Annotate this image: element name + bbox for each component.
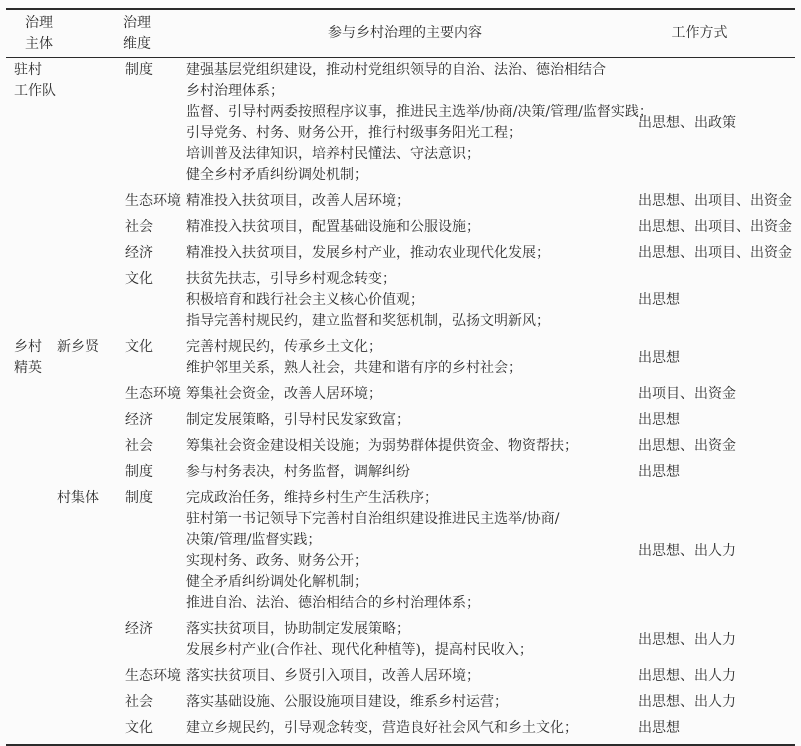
method-text: 出思想、出人力 bbox=[638, 692, 736, 713]
content-cell: 精准投入扶贫项目，改善人居环境； bbox=[186, 191, 638, 212]
method-text: 出思想、出项目、出资金 bbox=[638, 243, 792, 264]
content-line: 驻村第一书记领导下完善村自治组织建设推进民主选举/协商/ bbox=[186, 509, 638, 530]
content-line: 监督、引导村两委按照程序议事，推进民主选举/协商/决策/管理/监督实践； bbox=[186, 102, 638, 123]
content-line: 实现村务、政务、财务公开； bbox=[186, 551, 638, 572]
content-line: 精准投入扶贫项目，改善人居环境； bbox=[186, 191, 638, 212]
method-cell: 出思想 bbox=[638, 410, 795, 431]
content-line: 培训普及法律知识，培养村民懂法、守法意识； bbox=[186, 144, 638, 165]
content-line: 积极培育和践行社会主义核心价值观； bbox=[186, 290, 638, 311]
governance-table: 治理 主体 治理 维度 参与乡村治理的主要内容 工作方式 驻村 工作队 制度 建… bbox=[0, 0, 801, 746]
subject-cell: 村集体 bbox=[57, 488, 125, 509]
content-line: 落实基础设施、公服设施项目建设，维系乡村运营； bbox=[186, 692, 638, 713]
content-line: 乡村治理体系； bbox=[186, 81, 638, 102]
method-cell: 出思想、出项目、出资金 bbox=[638, 191, 795, 212]
header-governance-dimension: 治理 维度 bbox=[72, 13, 202, 55]
table-row: 生态环境 落实扶贫项目、乡贤引入项目，改善人居环境； 出思想、出人力 bbox=[6, 666, 795, 687]
method-text: 出思想、出人力 bbox=[638, 666, 736, 687]
method-text: 出思想、出政策 bbox=[638, 113, 736, 134]
content-line: 建立乡规民约，引导观念转变，营造良好社会风气和乡土文化； bbox=[186, 718, 638, 739]
method-cell: 出思想、出人力 bbox=[638, 619, 795, 661]
content-cell: 参与村务表决，村务监督，调解纠纷 bbox=[186, 462, 638, 483]
dimension-cell: 生态环境 bbox=[125, 384, 186, 405]
table-header-row: 治理 主体 治理 维度 参与乡村治理的主要内容 工作方式 bbox=[6, 10, 795, 57]
subject-group-cell: 乡村 精英 bbox=[6, 337, 57, 379]
dimension-cell: 文化 bbox=[125, 718, 186, 739]
content-line: 决策/管理/监督实践； bbox=[186, 530, 638, 551]
method-text: 出思想 bbox=[638, 410, 680, 431]
content-line: 指导完善村规民约，建立监督和奖惩机制，弘扬文明新风； bbox=[186, 311, 638, 332]
content-cell: 制定发展策略，引导村民发家致富； bbox=[186, 410, 638, 431]
method-text: 出思想 bbox=[638, 718, 680, 739]
content-line: 推进自治、法治、德治相结合的乡村治理体系； bbox=[186, 593, 638, 614]
method-cell: 出思想、出人力 bbox=[638, 692, 795, 713]
header-work-method: 工作方式 bbox=[638, 23, 795, 44]
content-cell: 筹集社会资金，改善人居环境； bbox=[186, 384, 638, 405]
subject-cell: 新乡贤 bbox=[57, 337, 125, 358]
method-cell: 出思想、出人力 bbox=[638, 488, 795, 614]
content-cell: 精准投入扶贫项目，发展乡村产业，推动农业现代化发展； bbox=[186, 243, 638, 264]
content-line: 筹集社会资金，改善人居环境； bbox=[186, 384, 638, 405]
dimension-cell: 文化 bbox=[125, 337, 186, 358]
dimension-cell: 制度 bbox=[125, 462, 186, 483]
table-body: 驻村 工作队 制度 建强基层党组织建设，推动村党组织领导的自治、法治、德治相结合… bbox=[6, 58, 795, 739]
method-cell: 出思想 bbox=[638, 269, 795, 332]
method-text: 出思想、出人力 bbox=[638, 541, 736, 562]
method-cell: 出思想、出政策 bbox=[638, 60, 795, 186]
method-text: 出思想、出资金 bbox=[638, 436, 736, 457]
content-cell: 完成政治任务，维持乡村生产生活秩序； 驻村第一书记领导下完善村自治组织建设推进民… bbox=[186, 488, 638, 614]
content-cell: 建立乡规民约，引导观念转变，营造良好社会风气和乡土文化； bbox=[186, 718, 638, 739]
content-cell: 建强基层党组织建设，推动村党组织领导的自治、法治、德治相结合 乡村治理体系； 监… bbox=[186, 60, 638, 186]
paper-table-page: 治理 主体 治理 维度 参与乡村治理的主要内容 工作方式 驻村 工作队 制度 建… bbox=[0, 0, 801, 746]
method-cell: 出思想 bbox=[638, 718, 795, 739]
content-cell: 落实扶贫项目、乡贤引入项目，改善人居环境； bbox=[186, 666, 638, 687]
content-line: 制定发展策略，引导村民发家致富； bbox=[186, 410, 638, 431]
content-cell: 落实扶贫项目，协助制定发展策略； 发展乡村产业(合作社、现代化种植等)，提高村民… bbox=[186, 619, 638, 661]
content-line: 维护邻里关系，熟人社会，共建和谐有序的乡村社会； bbox=[186, 358, 638, 379]
dimension-cell: 经济 bbox=[125, 410, 186, 431]
table-row: 制度 参与村务表决，村务监督，调解纠纷 出思想 bbox=[6, 462, 795, 483]
content-line: 落实扶贫项目、乡贤引入项目，改善人居环境； bbox=[186, 666, 638, 687]
content-line: 参与村务表决，村务监督，调解纠纷 bbox=[186, 462, 638, 483]
content-line: 落实扶贫项目，协助制定发展策略； bbox=[186, 619, 638, 640]
table-row: 经济 落实扶贫项目，协助制定发展策略； 发展乡村产业(合作社、现代化种植等)，提… bbox=[6, 619, 795, 661]
method-text: 出思想 bbox=[638, 462, 680, 483]
table-row: 社会 精准投入扶贫项目，配置基础设施和公服设施； 出思想、出项目、出资金 bbox=[6, 217, 795, 238]
method-text: 出思想 bbox=[638, 290, 680, 311]
method-cell: 出思想 bbox=[638, 462, 795, 483]
table-row: 社会 落实基础设施、公服设施项目建设，维系乡村运营； 出思想、出人力 bbox=[6, 692, 795, 713]
method-text: 出项目、出资金 bbox=[638, 384, 736, 405]
content-line: 完善村规民约，传承乡土文化； bbox=[186, 337, 638, 358]
content-cell: 完善村规民约，传承乡土文化； 维护邻里关系，熟人社会，共建和谐有序的乡村社会； bbox=[186, 337, 638, 379]
method-text: 出思想、出项目、出资金 bbox=[638, 217, 792, 238]
method-text: 出思想、出人力 bbox=[638, 630, 736, 651]
method-cell: 出思想 bbox=[638, 337, 795, 379]
header-main-content: 参与乡村治理的主要内容 bbox=[202, 23, 638, 44]
content-line: 完成政治任务，维持乡村生产生活秩序； bbox=[186, 488, 638, 509]
content-line: 发展乡村产业(合作社、现代化种植等)，提高村民收入； bbox=[186, 640, 638, 661]
table-row: 生态环境 筹集社会资金，改善人居环境； 出项目、出资金 bbox=[6, 384, 795, 405]
content-cell: 扶贫先扶志，引导乡村观念转变； 积极培育和践行社会主义核心价值观； 指导完善村规… bbox=[186, 269, 638, 332]
method-cell: 出思想、出人力 bbox=[638, 666, 795, 687]
subject-group-cell: 驻村 工作队 bbox=[6, 60, 57, 102]
table-row: 乡村 精英 新乡贤 文化 完善村规民约，传承乡土文化； 维护邻里关系，熟人社会，… bbox=[6, 337, 795, 379]
dimension-cell: 社会 bbox=[125, 436, 186, 457]
content-line: 精准投入扶贫项目，配置基础设施和公服设施； bbox=[186, 217, 638, 238]
table-row: 驻村 工作队 制度 建强基层党组织建设，推动村党组织领导的自治、法治、德治相结合… bbox=[6, 60, 795, 186]
content-line: 扶贫先扶志，引导乡村观念转变； bbox=[186, 269, 638, 290]
dimension-cell: 社会 bbox=[125, 217, 186, 238]
method-cell: 出思想、出资金 bbox=[638, 436, 795, 457]
method-text: 出思想 bbox=[638, 348, 680, 369]
dimension-cell: 文化 bbox=[125, 269, 186, 290]
content-line: 引导党务、村务、财务公开，推行村级事务阳光工程； bbox=[186, 123, 638, 144]
content-line: 健全乡村矛盾纠纷调处机制； bbox=[186, 165, 638, 186]
method-text: 出思想、出项目、出资金 bbox=[638, 191, 792, 212]
content-line: 健全矛盾纠纷调处化解机制； bbox=[186, 572, 638, 593]
dimension-cell: 生态环境 bbox=[125, 666, 186, 687]
content-line: 建强基层党组织建设，推动村党组织领导的自治、法治、德治相结合 bbox=[186, 60, 638, 81]
method-cell: 出思想、出项目、出资金 bbox=[638, 243, 795, 264]
dimension-cell: 生态环境 bbox=[125, 191, 186, 212]
dimension-cell: 制度 bbox=[125, 488, 186, 509]
table-row: 文化 建立乡规民约，引导观念转变，营造良好社会风气和乡土文化； 出思想 bbox=[6, 718, 795, 739]
table-row: 文化 扶贫先扶志，引导乡村观念转变； 积极培育和践行社会主义核心价值观； 指导完… bbox=[6, 269, 795, 332]
table-row: 经济 制定发展策略，引导村民发家致富； 出思想 bbox=[6, 410, 795, 431]
dimension-cell: 制度 bbox=[125, 60, 186, 81]
method-cell: 出思想、出项目、出资金 bbox=[638, 217, 795, 238]
content-line: 筹集社会资金建设相关设施；为弱势群体提供资金、物资帮扶； bbox=[186, 436, 638, 457]
method-cell: 出项目、出资金 bbox=[638, 384, 795, 405]
dimension-cell: 经济 bbox=[125, 619, 186, 640]
dimension-cell: 经济 bbox=[125, 243, 186, 264]
content-line: 精准投入扶贫项目，发展乡村产业，推动农业现代化发展； bbox=[186, 243, 638, 264]
table-row: 经济 精准投入扶贫项目，发展乡村产业，推动农业现代化发展； 出思想、出项目、出资… bbox=[6, 243, 795, 264]
dimension-cell: 社会 bbox=[125, 692, 186, 713]
content-cell: 精准投入扶贫项目，配置基础设施和公服设施； bbox=[186, 217, 638, 238]
table-row: 村集体 制度 完成政治任务，维持乡村生产生活秩序； 驻村第一书记领导下完善村自治… bbox=[6, 488, 795, 614]
header-governance-subject: 治理 主体 bbox=[6, 13, 72, 55]
content-cell: 筹集社会资金建设相关设施；为弱势群体提供资金、物资帮扶； bbox=[186, 436, 638, 457]
content-cell: 落实基础设施、公服设施项目建设，维系乡村运营； bbox=[186, 692, 638, 713]
table-row: 生态环境 精准投入扶贫项目，改善人居环境； 出思想、出项目、出资金 bbox=[6, 191, 795, 212]
table-row: 社会 筹集社会资金建设相关设施；为弱势群体提供资金、物资帮扶； 出思想、出资金 bbox=[6, 436, 795, 457]
